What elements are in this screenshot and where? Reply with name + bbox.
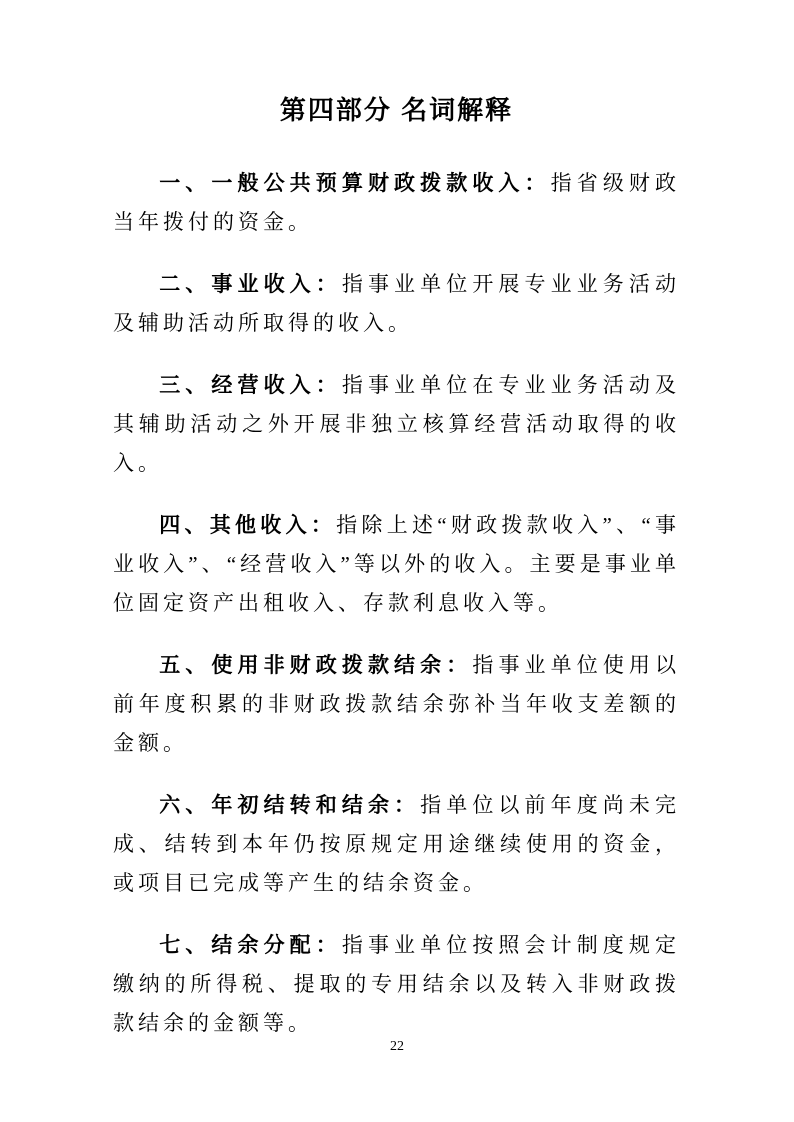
definition-term: 六、年初结转和结余： (159, 793, 420, 817)
definition-paragraph: 四、其他收入：指除上述“财政拨款收入”、“事业收入”、“经营收入”等以外的收入。… (113, 506, 680, 623)
definition-paragraph: 五、使用非财政拨款结余：指事业单位使用以前年度积累的非财政拨款结余弥补当年收支差… (113, 646, 680, 763)
definition-paragraph: 一、一般公共预算财政拨款收入：指省级财政当年拨付的资金。 (113, 164, 680, 242)
document-content: 第四部分 名词解释 一、一般公共预算财政拨款收入：指省级财政当年拨付的资金。 二… (0, 0, 794, 1043)
definitions-list: 一、一般公共预算财政拨款收入：指省级财政当年拨付的资金。 二、事业收入：指事业单… (113, 164, 680, 1043)
page-number: 22 (0, 1038, 794, 1056)
definition-paragraph: 六、年初结转和结余：指单位以前年度尚未完成、结转到本年仍按原规定用途继续使用的资… (113, 786, 680, 903)
definition-term: 五、使用非财政拨款结余： (159, 653, 472, 677)
definition-term: 三、经营收入： (159, 373, 342, 397)
definition-term: 一、一般公共预算财政拨款收入： (159, 171, 550, 195)
document-page: 第四部分 名词解释 一、一般公共预算财政拨款收入：指省级财政当年拨付的资金。 二… (0, 0, 794, 1122)
definition-term: 七、结余分配： (159, 933, 342, 957)
page-title: 第四部分 名词解释 (113, 92, 680, 128)
definition-paragraph: 七、结余分配：指事业单位按照会计制度规定缴纳的所得税、提取的专用结余以及转入非财… (113, 926, 680, 1043)
definition-term: 四、其他收入： (159, 513, 336, 537)
definition-term: 二、事业收入： (159, 272, 342, 296)
definition-paragraph: 二、事业收入：指事业单位开展专业业务活动及辅助活动所取得的收入。 (113, 265, 680, 343)
definition-paragraph: 三、经营收入：指事业单位在专业业务活动及其辅助活动之外开展非独立核算经营活动取得… (113, 366, 680, 483)
